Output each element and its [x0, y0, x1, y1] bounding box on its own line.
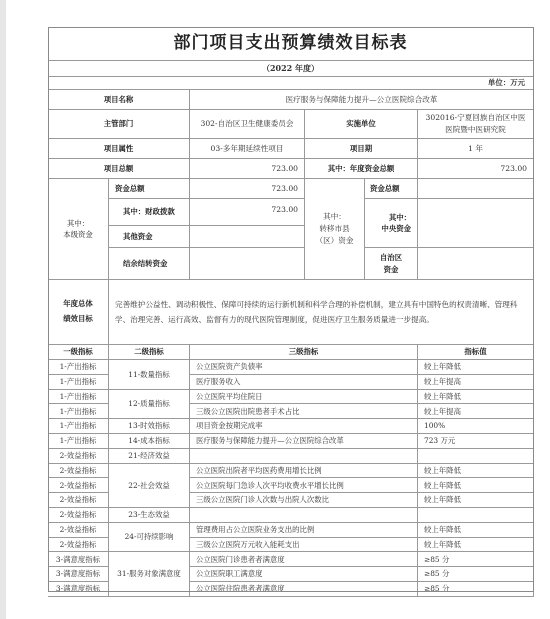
project-name-value: 医疗服务与保障能力提升—公立医院综合改革 [190, 90, 534, 110]
indicator-level2: 12-质量指标 [109, 390, 190, 420]
indicator-level3: 三级公立医院门诊人次数与出院人次数比 [190, 493, 418, 508]
project-total-label: 项目总额 [48, 159, 190, 179]
header-level2: 二级指标 [109, 345, 190, 360]
indicator-level2: 21-经济效益 [109, 449, 190, 464]
annual-goal-text: 完善维护公益性、调动积极性、保障可持续的运行新机制和科学合理的补偿机制，建立具有… [109, 280, 534, 345]
indicator-value: 较上年降低 [418, 464, 534, 479]
left-page-edge [0, 0, 6, 619]
project-total-value: 723.00 [190, 159, 305, 179]
indicator-level1: 1-产出指标 [48, 375, 109, 390]
indicator-level3: 公立医院住院患者者满意度 [190, 582, 418, 597]
local-fiscal-label: 其中：财政拨款 [109, 199, 190, 226]
indicator-value [418, 508, 534, 523]
local-carryover-value [190, 248, 305, 280]
indicator-value: 较上年降低 [418, 478, 534, 493]
indicator-level2: 22-社会效益 [109, 464, 190, 508]
region-funds-label-line1: 自治区 [380, 252, 402, 263]
project-period-label: 项目期 [305, 139, 418, 159]
indicator-level3: 管理费用占公立医院业务支出的比例 [190, 523, 418, 538]
indicator-value: 较上年降低 [418, 523, 534, 538]
header-level1: 一级指标 [48, 345, 109, 360]
indicator-level1: 2-效益指标 [48, 538, 109, 553]
central-funds-value [418, 199, 534, 248]
performance-target-table: 部门项目支出预算绩效目标表 （2022 年度） 单位：万元 项目名称 医疗服务与… [48, 27, 534, 592]
indicator-level1: 2-效益指标 [48, 493, 109, 508]
region-funds-label: 自治区 资金 [365, 248, 418, 280]
region-funds-value [418, 248, 534, 280]
indicator-level1: 2-效益指标 [48, 464, 109, 479]
local-other-label: 其他资金 [109, 226, 190, 248]
local-total-value: 723.00 [190, 179, 305, 199]
region-funds-label-line2: 资金 [384, 264, 399, 275]
indicator-level3: 公立医院每门急诊人次平均收费水平增长比例 [190, 478, 418, 493]
indicator-level1: 1-产出指标 [48, 434, 109, 449]
indicator-level2: 31-服务对象满意度 [109, 552, 190, 596]
transfer-total-label: 资金总额 [365, 179, 418, 199]
indicator-value: ≥85 分 [418, 582, 534, 597]
indicator-value: 723 万元 [418, 434, 534, 449]
central-funds-label-line1: 其中： [389, 212, 411, 223]
indicator-level2: 24-可持续影响 [109, 523, 190, 553]
indicator-level1: 2-效益指标 [48, 508, 109, 523]
project-name-label: 项目名称 [48, 90, 190, 110]
indicator-value [418, 449, 534, 464]
header-value: 指标值 [418, 345, 534, 360]
indicator-level3: 三级公立医院出院患者手术占比 [190, 404, 418, 419]
indicator-level2: 23-生态效益 [109, 508, 190, 523]
unit-label: 单位：万元 [48, 77, 534, 90]
indicator-value: 较上年降低 [418, 390, 534, 405]
indicator-level1: 1-产出指标 [48, 390, 109, 405]
local-funds-label-line2: 本级资金 [63, 229, 93, 240]
page-title: 部门项目支出预算绩效目标表 [48, 27, 534, 61]
indicator-level3: 项目资金按期完成率 [190, 419, 418, 434]
local-carryover-label: 结余结转资金 [109, 248, 190, 280]
header-level3: 三级指标 [190, 345, 418, 360]
indicator-level3: 公立医院职工满意度 [190, 567, 418, 582]
indicator-level3: 公立医院门诊患者者满意度 [190, 552, 418, 567]
indicator-value: ≥85 分 [418, 567, 534, 582]
indicator-level3: 医疗服务与保障能力提升—公立医院综合改革 [190, 434, 418, 449]
year-subtitle: （2022 年度） [48, 61, 534, 77]
indicator-level1: 3-满意度指标 [48, 567, 109, 582]
indicator-value: 较上年降低 [418, 538, 534, 553]
indicator-level2: 13-时效指标 [109, 419, 190, 434]
annual-goal-label-line1: 年度总体 [63, 297, 93, 312]
transfer-label-line3: （区）资金 [316, 235, 354, 247]
indicator-level1: 1-产出指标 [48, 404, 109, 419]
indicator-level3: 公立医院资产负债率 [190, 360, 418, 375]
indicator-value: 较上年降低 [418, 493, 534, 508]
indicator-level3 [190, 449, 418, 464]
local-total-label: 资金总额 [109, 179, 190, 199]
local-fiscal-value: 723.00 [190, 199, 305, 226]
indicator-level1: 2-效益指标 [48, 478, 109, 493]
central-funds-label-line2: 中央资金 [381, 223, 411, 234]
impl-unit-label: 实施单位 [305, 110, 418, 139]
indicator-value: ≥85 分 [418, 552, 534, 567]
local-other-value [190, 226, 305, 248]
transfer-total-value [418, 179, 534, 199]
annual-goal-label: 年度总体 绩效目标 [48, 280, 109, 345]
indicator-value: 较上年提高 [418, 404, 534, 419]
indicator-level1: 2-效益指标 [48, 449, 109, 464]
project-period-value: 1 年 [418, 139, 534, 159]
annual-total-value: 723.00 [418, 159, 534, 179]
central-funds-label: 其中： 中央资金 [365, 199, 418, 248]
annual-total-label: 其中：年度资金总额 [305, 159, 418, 179]
local-funds-label-line1: 其中： [67, 218, 89, 229]
indicator-level3: 公立医院平均住院日 [190, 390, 418, 405]
project-attr-label: 项目属性 [48, 139, 190, 159]
indicator-level3: 三级公立医院万元收入能耗支出 [190, 538, 418, 553]
transfer-funds-group-label: 其中： 转移市县 （区）资金 [305, 179, 365, 280]
indicator-level3 [190, 508, 418, 523]
dept-value: 302-自治区卫生健康委员会 [190, 110, 305, 139]
indicator-level1: 1-产出指标 [48, 419, 109, 434]
indicator-level1: 3-满意度指标 [48, 552, 109, 567]
indicator-level1: 2-效益指标 [48, 523, 109, 538]
indicator-value: 较上年降低 [418, 360, 534, 375]
annual-goal-label-line2: 绩效目标 [63, 312, 93, 327]
indicator-level1: 3-满意度指标 [48, 582, 109, 597]
indicator-level2: 11-数量指标 [109, 360, 190, 390]
indicator-value: 100% [418, 419, 534, 434]
indicator-value: 较上年提高 [418, 375, 534, 390]
dept-label: 主管部门 [48, 110, 190, 139]
indicator-level3: 公立医院出院者平均医药费用增长比例 [190, 464, 418, 479]
impl-unit-value: 302016-宁夏回族自治区中医医院暨中医研究院 [418, 110, 534, 139]
indicator-level3: 医疗服务收入 [190, 375, 418, 390]
indicator-level1: 1-产出指标 [48, 360, 109, 375]
indicator-level2: 14-成本指标 [109, 434, 190, 449]
transfer-label-line1: 其中： [323, 211, 346, 223]
transfer-label-line2: 转移市县 [319, 223, 349, 235]
project-attr-value: 03-多年期延续性项目 [190, 139, 305, 159]
local-funds-group-label: 其中： 本级资金 [48, 179, 109, 280]
